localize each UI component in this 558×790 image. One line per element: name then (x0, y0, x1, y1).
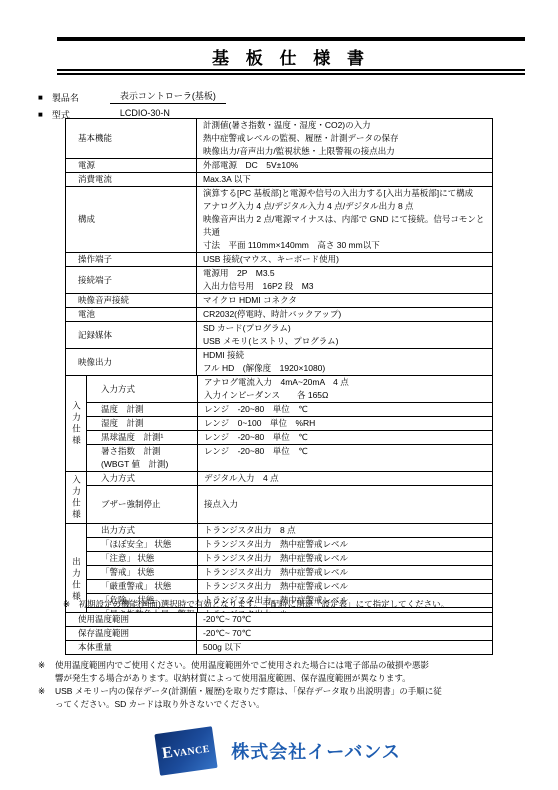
spec-row-state-caution: 「注意」 状態 トランジスタ出力 熱中症警戒レベル (87, 551, 492, 565)
footnote-usb-memory: ※ USB メモリー内の保存データ(計測値・履歴)を取りだす際は、「保存データ取… (38, 685, 516, 711)
square-bullet-icon: ■ (38, 109, 43, 121)
spec-value: USB 接続(マウス、キーボード使用) (196, 253, 492, 266)
section-input-spec-digital: 入力仕様 入力方式 デジタル入力 4 点 ブザー強制停止 接点入力 (66, 471, 492, 523)
spec-row-operation-terminal: 操作端子 USB 接続(マウス、キーボード使用) (66, 252, 492, 266)
spec-value: -20℃~ 70℃ (196, 613, 492, 626)
section-vertical-header: 入力仕様 (66, 472, 86, 523)
product-name-line: ■ 製品名 表示コントローラ(基板) (38, 90, 226, 104)
spec-value: 演算する[PC 基板部]と電源や信号の入出力する[入出力基板部]にて構成 アナロ… (196, 187, 492, 252)
spec-row-weight: 本体重量 500g 以下 (66, 640, 492, 654)
spec-label: 保存温度範囲 (66, 627, 196, 640)
spec-row-input-method-digital: 入力方式 デジタル入力 4 点 (87, 472, 492, 485)
spec-sheet-page: 基 板 仕 様 書 ■ 製品名 表示コントローラ(基板) ■ 型式 LCDIO-… (0, 0, 558, 790)
asterisk-note: ※ 初期設定の機能(画面)選択時で有効となります。手配時に別途「設定表」にて指定… (63, 598, 503, 611)
spec-row-current: 消費電流 Max.3A 以下 (66, 172, 492, 186)
section-input-spec-analog: 入力仕様 入力方式 アナログ電流入力 4mA~20mA 4 点 入力インピーダン… (66, 375, 492, 471)
spec-value: デジタル入力 4 点 (197, 472, 492, 485)
spec-value: アナログ電流入力 4mA~20mA 4 点 入力インピーダンス 各 165Ω (197, 376, 492, 402)
spec-label: 入力方式 (87, 376, 197, 402)
spec-value: レンジ -20~80 単位 ℃ (197, 431, 492, 444)
spec-value: トランジスタ出力 8 点 (197, 524, 492, 537)
spec-label: 「注意」 状態 (87, 552, 197, 565)
title-top-rule (57, 37, 525, 41)
spec-row-connection-terminal: 接続端子 電源用 2P M3.5 入出力信号用 16P2 段 M3 (66, 266, 492, 293)
spec-row-state-severe-warning: 「厳重警戒」 状態 トランジスタ出力 熱中症警戒レベル (87, 579, 492, 593)
spec-label: 接続端子 (66, 267, 196, 293)
spec-value: 接点入力 (197, 486, 492, 523)
product-name-label: 製品名 (52, 92, 110, 104)
spec-row-av-connection: 映像音声接続 マイクロ HDMI コネクタ (66, 293, 492, 307)
spec-row-temperature: 温度 計測 レンジ -20~80 単位 ℃ (87, 402, 492, 416)
spec-label: ブザー強制停止 (87, 486, 197, 523)
product-name-value: 表示コントローラ(基板) (110, 90, 226, 104)
spec-value: Max.3A 以下 (196, 173, 492, 186)
logo-text: EVANCE (161, 739, 211, 763)
spec-value: SD カード(プログラム) USB メモリ(ヒストリ、プログラム) (196, 322, 492, 348)
spec-label: 映像出力 (66, 349, 196, 375)
spec-row-storage-temp-range: 保存温度範囲 -20℃~ 70℃ (66, 626, 492, 640)
spec-row-composition: 構成 演算する[PC 基板部]と電源や信号の入出力する[入出力基板部]にて構成 … (66, 186, 492, 252)
spec-label: 電池 (66, 308, 196, 321)
spec-row-basic-function: 基本機能 計測値(暑さ指数・温度・湿度・CO2)の入力 熱中症警戒レベルの監視、… (66, 119, 492, 158)
spec-row-wbgt: 暑さ指数 計測 (WBGT 値 計測) レンジ -20~80 単位 ℃ (87, 444, 492, 471)
asterisk-marker: ※ (38, 685, 55, 711)
title-bottom-double-rule (57, 69, 525, 75)
spec-row-operating-temp-range: 使用温度範囲 -20℃~ 70℃ (66, 613, 492, 626)
spec-label: 「警戒」 状態 (87, 566, 197, 579)
spec-label: 湿度 計測 (87, 417, 197, 430)
spec-value: マイクロ HDMI コネクタ (196, 294, 492, 307)
spec-value: レンジ -20~80 単位 ℃ (197, 445, 492, 471)
spec-value: レンジ 0~100 単位 %RH (197, 417, 492, 430)
spec-label: 記録媒体 (66, 322, 196, 348)
spec-value: トランジスタ出力 熱中症警戒レベル (197, 580, 492, 593)
footnote-temp-range: ※ 使用温度範囲内でご使用ください。使用温度範囲外でご使用された場合には電子部品… (38, 659, 516, 685)
spec-label: 基本機能 (66, 119, 196, 158)
main-spec-table: 基本機能 計測値(暑さ指数・温度・湿度・CO2)の入力 熱中症警戒レベルの監視、… (65, 118, 493, 636)
spec-row-humidity: 湿度 計測 レンジ 0~100 単位 %RH (87, 416, 492, 430)
company-name: 株式会社イーバンス (231, 738, 401, 764)
footnotes: ※ 使用温度範囲内でご使用ください。使用温度範囲外でご使用された場合には電子部品… (38, 659, 516, 711)
spec-value: トランジスタ出力 熱中症警戒レベル (197, 566, 492, 579)
square-bullet-icon: ■ (38, 92, 43, 104)
evance-logo-icon: EVANCE (155, 726, 218, 776)
spec-row-video-output: 映像出力 HDMI 接続 フル HD (解像度 1920×1080) (66, 348, 492, 375)
spec-label: 構成 (66, 187, 196, 252)
spec-label: 黒球温度 計測¹ (87, 431, 197, 444)
spec-label: 入力方式 (87, 472, 197, 485)
spec-label: 映像音声接続 (66, 294, 196, 307)
spec-label: 操作端子 (66, 253, 196, 266)
spec-label: 温度 計測 (87, 403, 197, 416)
spec-row-output-method: 出力方式 トランジスタ出力 8 点 (87, 524, 492, 537)
spec-value: レンジ -20~80 単位 ℃ (197, 403, 492, 416)
spec-row-storage-media: 記録媒体 SD カード(プログラム) USB メモリ(ヒストリ、プログラム) (66, 321, 492, 348)
spec-value: 外部電源 DC 5V±10% (196, 159, 492, 172)
page-title: 基 板 仕 様 書 (57, 44, 525, 69)
footer: EVANCE 株式会社イーバンス (0, 730, 558, 772)
spec-row-buzzer-stop: ブザー強制停止 接点入力 (87, 485, 492, 523)
spec-label: 電源 (66, 159, 196, 172)
spec-label: 「厳重警戒」 状態 (87, 580, 197, 593)
spec-label: 消費電流 (66, 173, 196, 186)
spec-value: 500g 以下 (196, 641, 492, 654)
spec-row-state-safe: 「ほぼ安全」 状態 トランジスタ出力 熱中症警戒レベル (87, 537, 492, 551)
section-vertical-header: 入力仕様 (66, 376, 86, 471)
environment-table: 使用温度範囲 -20℃~ 70℃ 保存温度範囲 -20℃~ 70℃ 本体重量 5… (65, 612, 493, 655)
footnote-text: USB メモリー内の保存データ(計測値・履歴)を取りだす際は、「保存データ取り出… (55, 685, 516, 711)
spec-value: トランジスタ出力 熱中症警戒レベル (197, 538, 492, 551)
spec-row-state-warning: 「警戒」 状態 トランジスタ出力 熱中症警戒レベル (87, 565, 492, 579)
asterisk-marker: ※ (38, 659, 55, 685)
spec-label: 本体重量 (66, 641, 196, 654)
spec-row-battery: 電池 CR2032(停電時、時計バックアップ) (66, 307, 492, 321)
footnote-text: 使用温度範囲内でご使用ください。使用温度範囲外でご使用された場合には電子部品の破… (55, 659, 516, 685)
spec-label: 出力方式 (87, 524, 197, 537)
spec-label: 暑さ指数 計測 (WBGT 値 計測) (87, 445, 197, 471)
spec-row-globe-temperature: 黒球温度 計測¹ レンジ -20~80 単位 ℃ (87, 430, 492, 444)
spec-label: 使用温度範囲 (66, 613, 196, 626)
spec-value: 電源用 2P M3.5 入出力信号用 16P2 段 M3 (196, 267, 492, 293)
spec-value: トランジスタ出力 熱中症警戒レベル (197, 552, 492, 565)
spec-value: 計測値(暑さ指数・温度・湿度・CO2)の入力 熱中症警戒レベルの監視、履歴・計測… (196, 119, 492, 158)
spec-row-power: 電源 外部電源 DC 5V±10% (66, 158, 492, 172)
spec-value: CR2032(停電時、時計バックアップ) (196, 308, 492, 321)
spec-label: 「ほぼ安全」 状態 (87, 538, 197, 551)
spec-value: -20℃~ 70℃ (196, 627, 492, 640)
spec-row-input-method-analog: 入力方式 アナログ電流入力 4mA~20mA 4 点 入力インピーダンス 各 1… (87, 376, 492, 402)
spec-value: HDMI 接続 フル HD (解像度 1920×1080) (196, 349, 492, 375)
